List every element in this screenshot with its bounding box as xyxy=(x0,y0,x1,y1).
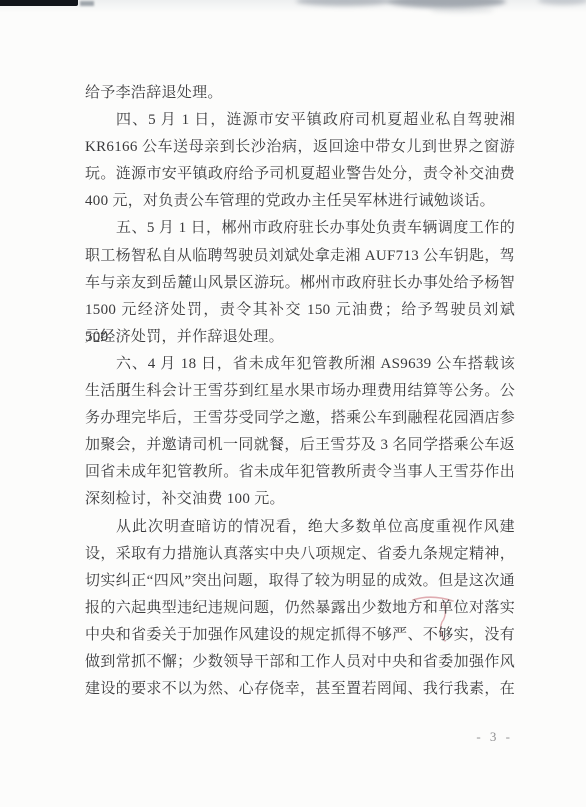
text-line: 从此次明查暗访的情况看，绝大多数单位高度重视作风建 xyxy=(85,514,515,541)
text-line: 报的六起典型违纪违规问题，仍然暴露出少数地方和单位对落实 xyxy=(85,595,515,622)
document-page: 给予李浩辞退处理。四、5 月 1 日，涟源市安平镇政府司机夏超业私自驾驶湘KR6… xyxy=(0,0,586,807)
text-line: 400 元，对负责公车管理的党政办主任吴军林进行诫勉谈话。 xyxy=(85,188,515,215)
text-line: KR6166 公车送母亲到长沙治病，返回途中带女儿到世界之窗游 xyxy=(85,134,515,161)
text-line: 职工杨智私自从临聘驾驶员刘斌处拿走湘 AUF713 公车钥匙，驾 xyxy=(85,243,515,270)
scan-smudge xyxy=(538,0,586,5)
text-line: 务办理完毕后，王雪芬受同学之邀，搭乘公车到融程花园酒店参 xyxy=(85,405,515,432)
scan-bar-fragment-artifact xyxy=(80,1,94,6)
text-line: 设，采取有力措施认真落实中央八项规定、省委九条规定精神， xyxy=(85,541,515,568)
page-number: - 3 - xyxy=(476,729,513,745)
text-line: 切实纠正“四风”突出问题，取得了较为明显的成效。但是这次通 xyxy=(85,568,515,595)
text-line: 1500 元经济处罚，责令其补交 150 元油费；给予驾驶员刘斌 500 xyxy=(85,297,515,324)
text-line: 加聚会，并邀请司机一同就餐，后王雪芬及 3 名同学搭乘公车返 xyxy=(85,432,515,459)
document-body-text: 给予李浩辞退处理。四、5 月 1 日，涟源市安平镇政府司机夏超业私自驾驶湘KR6… xyxy=(85,80,515,703)
text-line: 给予李浩辞退处理。 xyxy=(85,80,515,107)
text-line: 玩。涟源市安平镇政府给予司机夏超业警告处分，责令补交油费 xyxy=(85,161,515,188)
text-line: 回省未成年犯管教所。省未成年犯管教所责令当事人王雪芬作出 xyxy=(85,459,515,486)
text-line: 六、4 月 18 日，省未成年犯管教所湘 AS9639 公车搭载该所 xyxy=(85,351,515,378)
text-line: 四、5 月 1 日，涟源市安平镇政府司机夏超业私自驾驶湘 xyxy=(85,107,515,134)
text-line: 元经济处罚，并作辞退处理。 xyxy=(85,324,515,351)
scan-smudge xyxy=(430,8,494,13)
text-line: 做到常抓不懈；少数领导干部和工作人员对中央和省委加强作风 xyxy=(85,649,515,676)
text-line: 五、5 月 1 日，郴州市政府驻长办事处负责车辆调度工作的 xyxy=(85,215,515,242)
text-line: 生活卫生科会计王雪芬到红星水果市场办理费用结算等公务。公 xyxy=(85,378,515,405)
text-line: 建设的要求不以为然、心存侥幸，甚至置若罔闻、我行我素，在 xyxy=(85,676,515,703)
text-line: 中央和省委关于加强作风建设的规定抓得不够严、不够实，没有 xyxy=(85,622,515,649)
scan-smudge xyxy=(388,0,506,8)
scan-black-bar-artifact xyxy=(0,0,78,6)
text-line: 深刻检讨，补交油费 100 元。 xyxy=(85,486,515,513)
text-line: 车与亲友到岳麓山风景区游玩。郴州市政府驻长办事处给予杨智 xyxy=(85,270,515,297)
scan-smudge xyxy=(296,0,392,6)
